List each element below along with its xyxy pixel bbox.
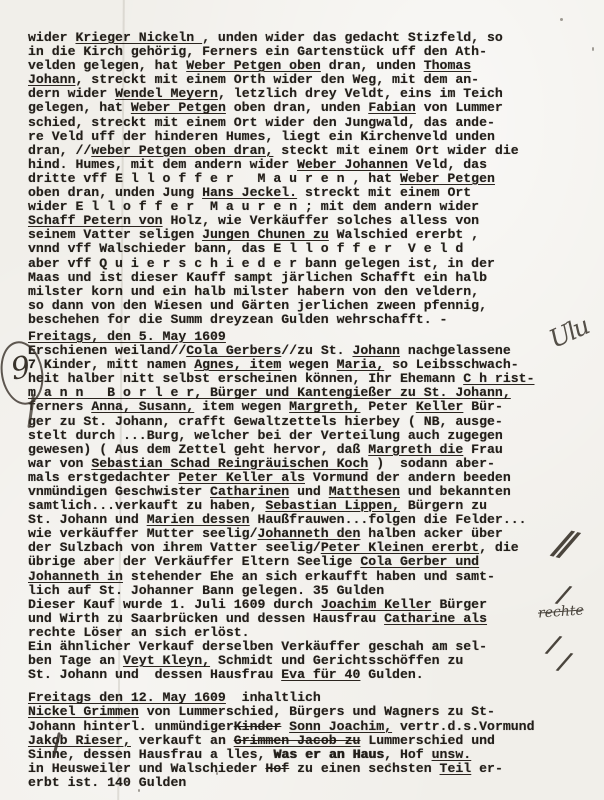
text-segment: item wegen [194,399,289,414]
text-segment: übrige aber der Verkäuffer Eltern Seelig… [28,554,360,569]
text-segment: und Wirth zu Saarbrücken und dessen Haus… [28,611,384,626]
underlined-text: Wendel Meyern [115,86,218,101]
text-segment: re Veld uff der hinderen Humes, liegt ei… [28,129,495,144]
text-line: Sinne, dessen Hausfrau a lles, Was er an… [28,748,588,762]
text-line: und Wirth zu Saarbrücken und dessen Haus… [28,612,588,626]
text-line: seinem Vatter seligen Jungen Chunen zu W… [28,228,588,242]
date-heading-5-may-1609: Freitags, den 5. May 1609 [28,330,588,344]
text-segment: Ein ähnlicher Verkauf derselben Verkäuff… [28,639,487,654]
text-line: erbt ist. 140 Gulden [28,776,588,790]
text-line: mals erstgedachter Peter Keller als Vorm… [28,471,588,485]
text-line: gewesen) ( Aus dem Zettel geht hervor, d… [28,443,588,457]
underlined-text: Grimmen Jacob zu [234,733,361,748]
text-segment: wie verkäuffer Mutter seelig/ [28,526,258,541]
date-heading-12-may-1609: Freitags den 12. May 1609 inhaltlich [28,691,588,705]
text-segment: velden gelegen, hat [28,58,186,73]
text-segment: , Hof [384,747,431,762]
scan-speck [216,772,218,775]
text-segment: gelegen, hat [28,100,131,115]
text-segment: aber vff Q u i e r s c h i e d e r bann … [28,256,495,271]
underlined-text: unsw. [432,747,472,762]
text-segment: Hof [265,761,289,776]
scan-speck [138,789,140,792]
underlined-text: Matthesen [329,484,400,499]
underlined-text: Peter Kleinen ererbt [321,540,479,555]
text-segment: Peter [360,399,415,414]
text-segment: , unden wider das gedacht Stizfeld, so [202,30,503,45]
text-line: in Heusweiler und Walschieder Hof zu ein… [28,762,588,776]
text-line: ben Tage an Veyt Kleyn, Schmidt und Geri… [28,654,588,668]
underlined-text: Keller [416,399,463,414]
text-segment: seinem Vatter seligen [28,227,202,242]
underlined-text: Anna, Susann, [91,399,194,414]
text-segment: ger zu St. Johann, crafft Gewaltzettels … [28,414,503,429]
underlined-text: weber Petgen oben dran, [91,143,273,158]
underlined-text: Catharinen [210,484,289,499]
text-line: 7 Kinder, mitt namen Agnes, item wegen M… [28,358,588,372]
underlined-text: Johann [352,343,399,358]
text-segment: Veld, das [408,157,487,172]
underlined-text: Peter Keller als [178,470,305,485]
underlined-text: Sonn Joachim, [289,719,392,734]
text-segment: war von [28,456,91,471]
text-segment: erbt ist. 140 Gulden [28,775,186,790]
text-line: so dann von den Wiesen und Gärten jerlic… [28,299,588,313]
underlined-text: Schaff Petern von [28,213,163,228]
text-segment: rechte Löser an sich erlöst. [28,625,250,640]
scan-speck [592,47,594,51]
underlined-text: Jungen Chunen zu [202,227,329,242]
text-line: Jakob Rieser, verkauft an Grimmen Jacob … [28,734,588,748]
text-segment: inhaltlich [226,690,321,705]
underlined-text: Teil [440,761,472,776]
text-segment: Lummerschied und [360,733,495,748]
text-segment: von Lummer [416,100,503,115]
text-segment [281,719,289,734]
text-segment: Gulden. [360,667,423,682]
underlined-text: Nickel Grimmen [28,704,139,719]
text-line: Johann hinterl. unmündigerKinder Sonn Jo… [28,720,588,734]
text-segment: gewesen) ( Aus dem Zettel geht hervor, d… [28,442,368,457]
text-segment: , streckt mit einem Orth wider den Weg, … [75,72,479,87]
underlined-text: Sebastian Lippen, [265,498,400,513]
text-segment: steckt mit einem Ort wider die [273,143,518,158]
underlined-text: Margreth die [368,442,463,457]
underlined-text: Veyt Kleyn, [123,653,210,668]
underlined-text: Maria, [337,357,384,372]
text-line: lich auf St. Johanner Bann gelegen. 35 G… [28,584,588,598]
underlined-text: Freitags, den 5. May 1609 [28,329,226,344]
text-segment: Kinder [234,719,281,734]
underlined-text: Thomas [424,58,471,73]
text-segment: ben Tage an [28,653,123,668]
underlined-text: Hans Jeckel. [202,185,297,200]
text-line: war von Sebastian Schad Reingräuischen K… [28,457,588,471]
text-segment: nachgelassene [400,343,511,358]
text-segment: er- [471,761,503,776]
text-line: dern wider Wendel Meyern, letzlich drey … [28,87,588,101]
text-segment: vertr.d.s.Vormund [392,719,534,734]
text-segment: heit halber nitt selbst erscheinen könne… [28,371,463,386]
text-segment: wegen [281,357,336,372]
text-line: St. Johann und dessen Hausfrau Eva für 4… [28,668,588,682]
text-segment: oben dran, unden [226,100,368,115]
text-segment: oben dran, unden Jung [28,185,202,200]
text-segment: ferners [28,399,91,414]
text-segment: hind. Humes, mit dem andern wider [28,157,297,172]
text-line: samtlich...verkauft zu haben, Sebastian … [28,499,588,513]
text-line: Ein ähnlicher Verkauf derselben Verkäuff… [28,640,588,654]
text-segment: St. Johann und dessen Hausfrau [28,667,281,682]
text-line: m a n n B o r l e r, Bürger und Kantengi… [28,386,588,400]
text-segment: halben acker über [360,526,502,541]
paragraph-nickel-grimmen: Nickel Grimmen von Lummerschied, Bürgers… [28,705,588,790]
underlined-text: Johanneth in [28,569,123,584]
text-line: aber vff Q u i e r s c h i e d e r bann … [28,257,588,271]
underlined-text: Weber Petgen oben [186,58,321,73]
text-segment: Erschienen weiland// [28,343,186,358]
text-line: St. Johann und Marien dessen Haußfrauwen… [28,513,588,527]
text-segment: dern wider [28,86,115,101]
underlined-text: Eva für 40 [281,667,360,682]
text-line: gelegen, hat Weber Petgen oben dran, und… [28,101,588,115]
text-segment: dran, unden [321,58,424,73]
scanned-document-page: wider Krieger Nickeln , unden wider das … [0,0,604,800]
text-line: ferners Anna, Susann, item wegen Margret… [28,400,588,414]
text-segment: Bürgern zu [400,498,487,513]
text-segment: lich auf St. Johanner Bann gelegen. 35 G… [28,583,384,598]
text-line: vnnd vff Walschieder bann, das E l l o f… [28,242,588,256]
text-line: der Sulzbach von ihrem Vatter seelig/Pet… [28,541,588,555]
underlined-text: Margreth, [289,399,360,414]
underlined-text: Joachim Keller [321,597,432,612]
underlined-text: Marien dessen [147,512,250,527]
circle-digit: 9 [8,350,33,388]
underlined-text: Cola Gerber und [360,554,479,569]
text-line: beschehen for die Summ dreyzean Gulden w… [28,313,588,327]
text-line: oben dran, unden Jung Hans Jeckel. strec… [28,186,588,200]
scan-speck [388,763,391,765]
paragraph-walschied-sale: wider Krieger Nickeln , unden wider das … [28,31,588,327]
text-segment: 7 Kinder, mitt namen [28,357,194,372]
text-line: hind. Humes, mit dem andern wider Weber … [28,158,588,172]
text-segment: wider [28,30,75,45]
text-segment: und bekannten [400,484,511,499]
text-line: Freitags, den 5. May 1609 [28,330,588,344]
text-line: dritte vff E l l o f f e r M a u r e n ,… [28,172,588,186]
text-line: vnmündigen Geschwister Catharinen und Ma… [28,485,588,499]
text-segment: wider E l l o f f e r M a u r e n ; mit … [28,199,479,214]
underlined-text: Sebastian Schad Reingräuischen Koch [91,456,368,471]
underlined-text: C h rist- [463,371,534,386]
text-segment: Bür- [463,399,503,414]
text-line: milster korn und ein halb milster habern… [28,285,588,299]
text-line: velden gelegen, hat Weber Petgen oben dr… [28,59,588,73]
text-line: Dieser Kauf wurde 1. Juli 1609 durch Joa… [28,598,588,612]
text-segment: Sinne, dessen Hausfrau a lles, [28,747,273,762]
text-segment: vnmündigen Geschwister [28,484,210,499]
text-line: Johanneth in stehender Ehe an sich erkau… [28,570,588,584]
document-text: wider Krieger Nickeln , unden wider das … [28,31,588,790]
underlined-text: Weber Johannen [297,157,408,172]
text-segment: //zu St. [281,343,352,358]
underlined-text: m a n n B o r l e r, Bürger und Kantengi… [28,385,511,400]
text-segment: , letzlich drey Veldt, eins im Teich [218,86,503,101]
text-segment: mals erstgedachter [28,470,178,485]
text-line: in die Kirch gehörig, Ferners ein Garten… [28,45,588,59]
underlined-text: Fabian [368,100,415,115]
text-line: rechte Löser an sich erlöst. [28,626,588,640]
text-line: Nickel Grimmen von Lummerschied, Bürgers… [28,705,588,719]
text-segment: von Lummerschied, Bürgers und Wagners zu… [139,704,495,719]
text-line: Freitags den 12. May 1609 inhaltlich [28,691,588,705]
text-segment: stehender Ehe an sich erkaufft haben und… [123,569,495,584]
underlined-text: Weber Petgen [400,171,495,186]
text-line: dran, //weber Petgen oben dran, steckt m… [28,144,588,158]
text-line: schied, streckt mit einem Ort wider den … [28,116,588,130]
text-segment: stelt durch ...Burg, welcher bei der Ver… [28,428,503,443]
text-line: wider E l l o f f e r M a u r e n ; mit … [28,200,588,214]
text-segment: dritte vff E l l o f f e r M a u r e n ,… [28,171,400,186]
text-segment: Vormund der andern beeden [305,470,511,485]
underlined-text: Freitags den 12. May 1609 [28,690,226,705]
underlined-text: Catharine als [384,611,487,626]
underlined-text: Krieger Nickeln [75,30,202,45]
text-segment: schied, streckt mit einem Ort wider den … [28,115,495,130]
text-segment: milster korn und ein halb milster habern… [28,284,479,299]
text-line: ger zu St. Johann, crafft Gewaltzettels … [28,415,588,429]
underlined-text: Cola Gerbers [186,343,281,358]
text-line: Johann, streckt mit einem Orth wider den… [28,73,588,87]
text-line: wider Krieger Nickeln , unden wider das … [28,31,588,45]
text-segment: , die [479,540,519,555]
text-segment: Was er an Haus [273,747,384,762]
rechte-handwriting: rechte [537,602,584,621]
text-segment: Schmidt und Gerichtsschöffen zu [210,653,463,668]
text-segment: in Heusweiler und Walschieder [28,761,265,776]
text-line: re Veld uff der hinderen Humes, liegt ei… [28,130,588,144]
text-line: Maas und ist dieser Kauff sampt järliche… [28,271,588,285]
paragraph-cola-gerbers-heirs: Erschienen weiland//Cola Gerbers//zu St.… [28,344,588,682]
text-segment: samtlich...verkauft zu haben, [28,498,265,513]
text-segment: in die Kirch gehörig, Ferners ein Garten… [28,44,487,59]
text-segment: Bürger [432,597,487,612]
text-line: wie verkäuffer Mutter seelig/Johanneth d… [28,527,588,541]
underlined-text: Jakob Rieser, [28,733,131,748]
text-line: heit halber nitt selbst erscheinen könne… [28,372,588,386]
text-segment: dran, // [28,143,91,158]
text-line: übrige aber der Verkäuffer Eltern Seelig… [28,555,588,569]
text-segment: Maas und ist dieser Kauff sampt järliche… [28,270,487,285]
text-segment: ) sodann aber- [368,456,495,471]
text-segment: und [289,484,329,499]
text-segment: Holz, wie Verkäuffer solches alless von [163,213,480,228]
underlined-text: Johann [28,72,75,87]
text-segment: so Leibsschwach- [384,357,519,372]
text-line: Erschienen weiland//Cola Gerbers//zu St.… [28,344,588,358]
text-segment: Dieser Kauf wurde 1. Juli 1609 durch [28,597,321,612]
text-segment: so dann von den Wiesen und Gärten jerlic… [28,298,487,313]
text-segment: vnnd vff Walschieder bann, das E l l o f… [28,241,463,256]
underlined-text: Weber Petgen [131,100,226,115]
underlined-text: Johanneth den [258,526,361,541]
scan-speck [560,18,563,21]
text-segment: streckt mit einem Ort [297,185,471,200]
text-line: stelt durch ...Burg, welcher bei der Ver… [28,429,588,443]
text-segment: Frau [463,442,503,457]
underlined-text: Agnes, item [194,357,281,372]
scan-speck [96,766,99,769]
text-segment: zu einen sechsten [289,761,439,776]
text-segment: Haußfrauwen...folgen die Felder... [250,512,527,527]
text-segment: Walschied ererbt , [329,227,479,242]
text-segment: der Sulzbach von ihrem Vatter seelig/ [28,540,321,555]
text-segment: beschehen for die Summ dreyzean Gulden w… [28,312,447,327]
text-segment: St. Johann und [28,512,147,527]
text-segment: verkauft an [131,733,234,748]
text-line: Schaff Petern von Holz, wie Verkäuffer s… [28,214,588,228]
